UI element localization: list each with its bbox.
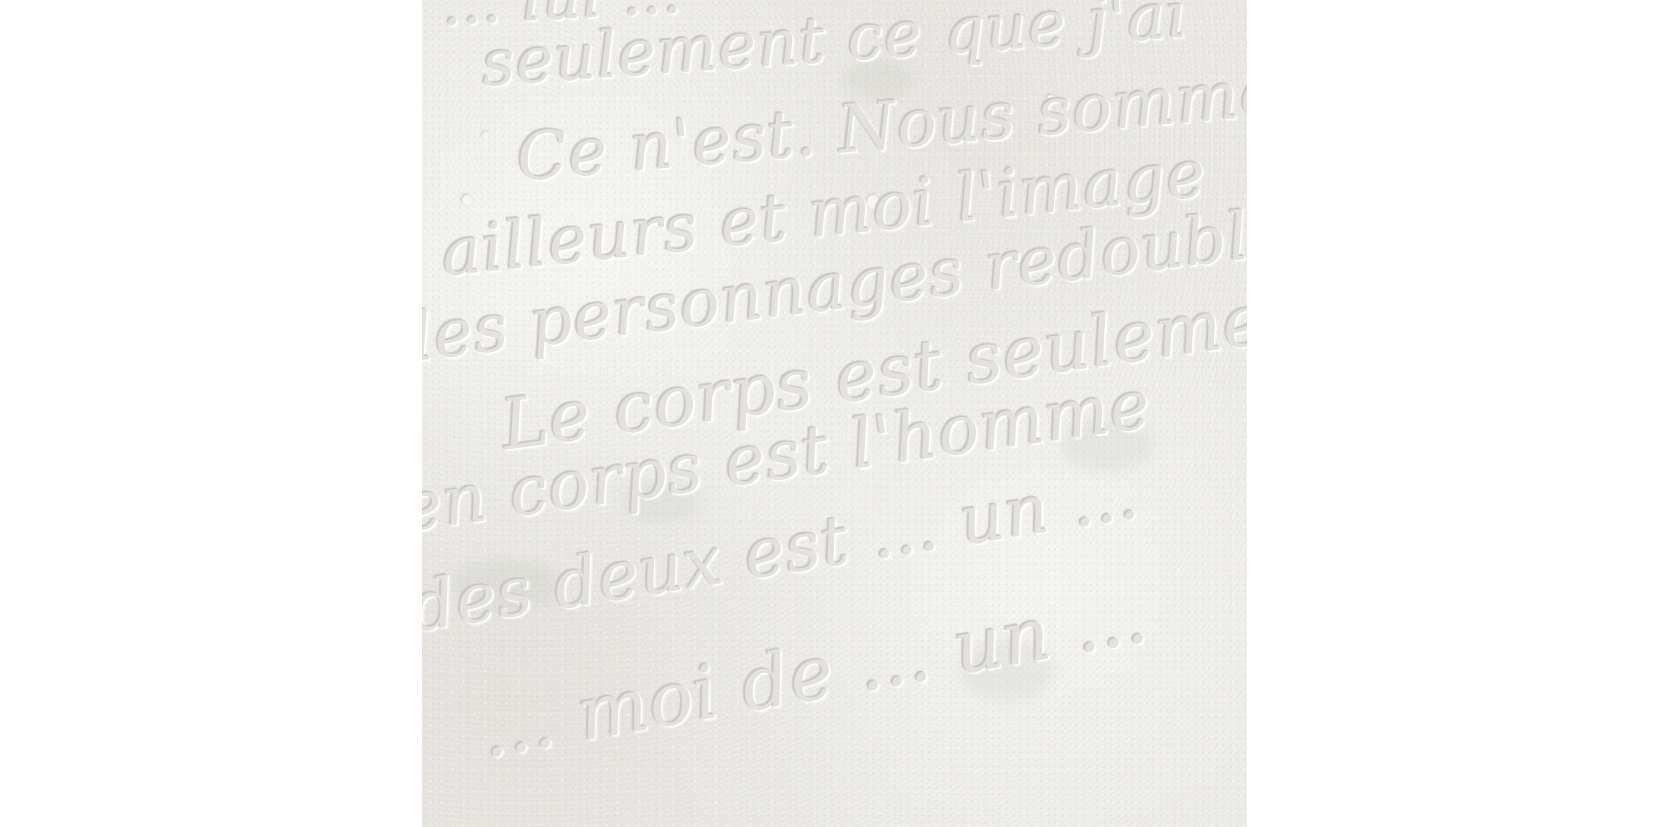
sand-pebble <box>462 195 472 205</box>
canvas: ... lui ... seulement ce que j'ai Ce n'e… <box>0 0 1668 827</box>
sand-writing-photo: ... lui ... seulement ce que j'ai Ce n'e… <box>422 0 1247 827</box>
sand-pebble <box>482 132 489 139</box>
